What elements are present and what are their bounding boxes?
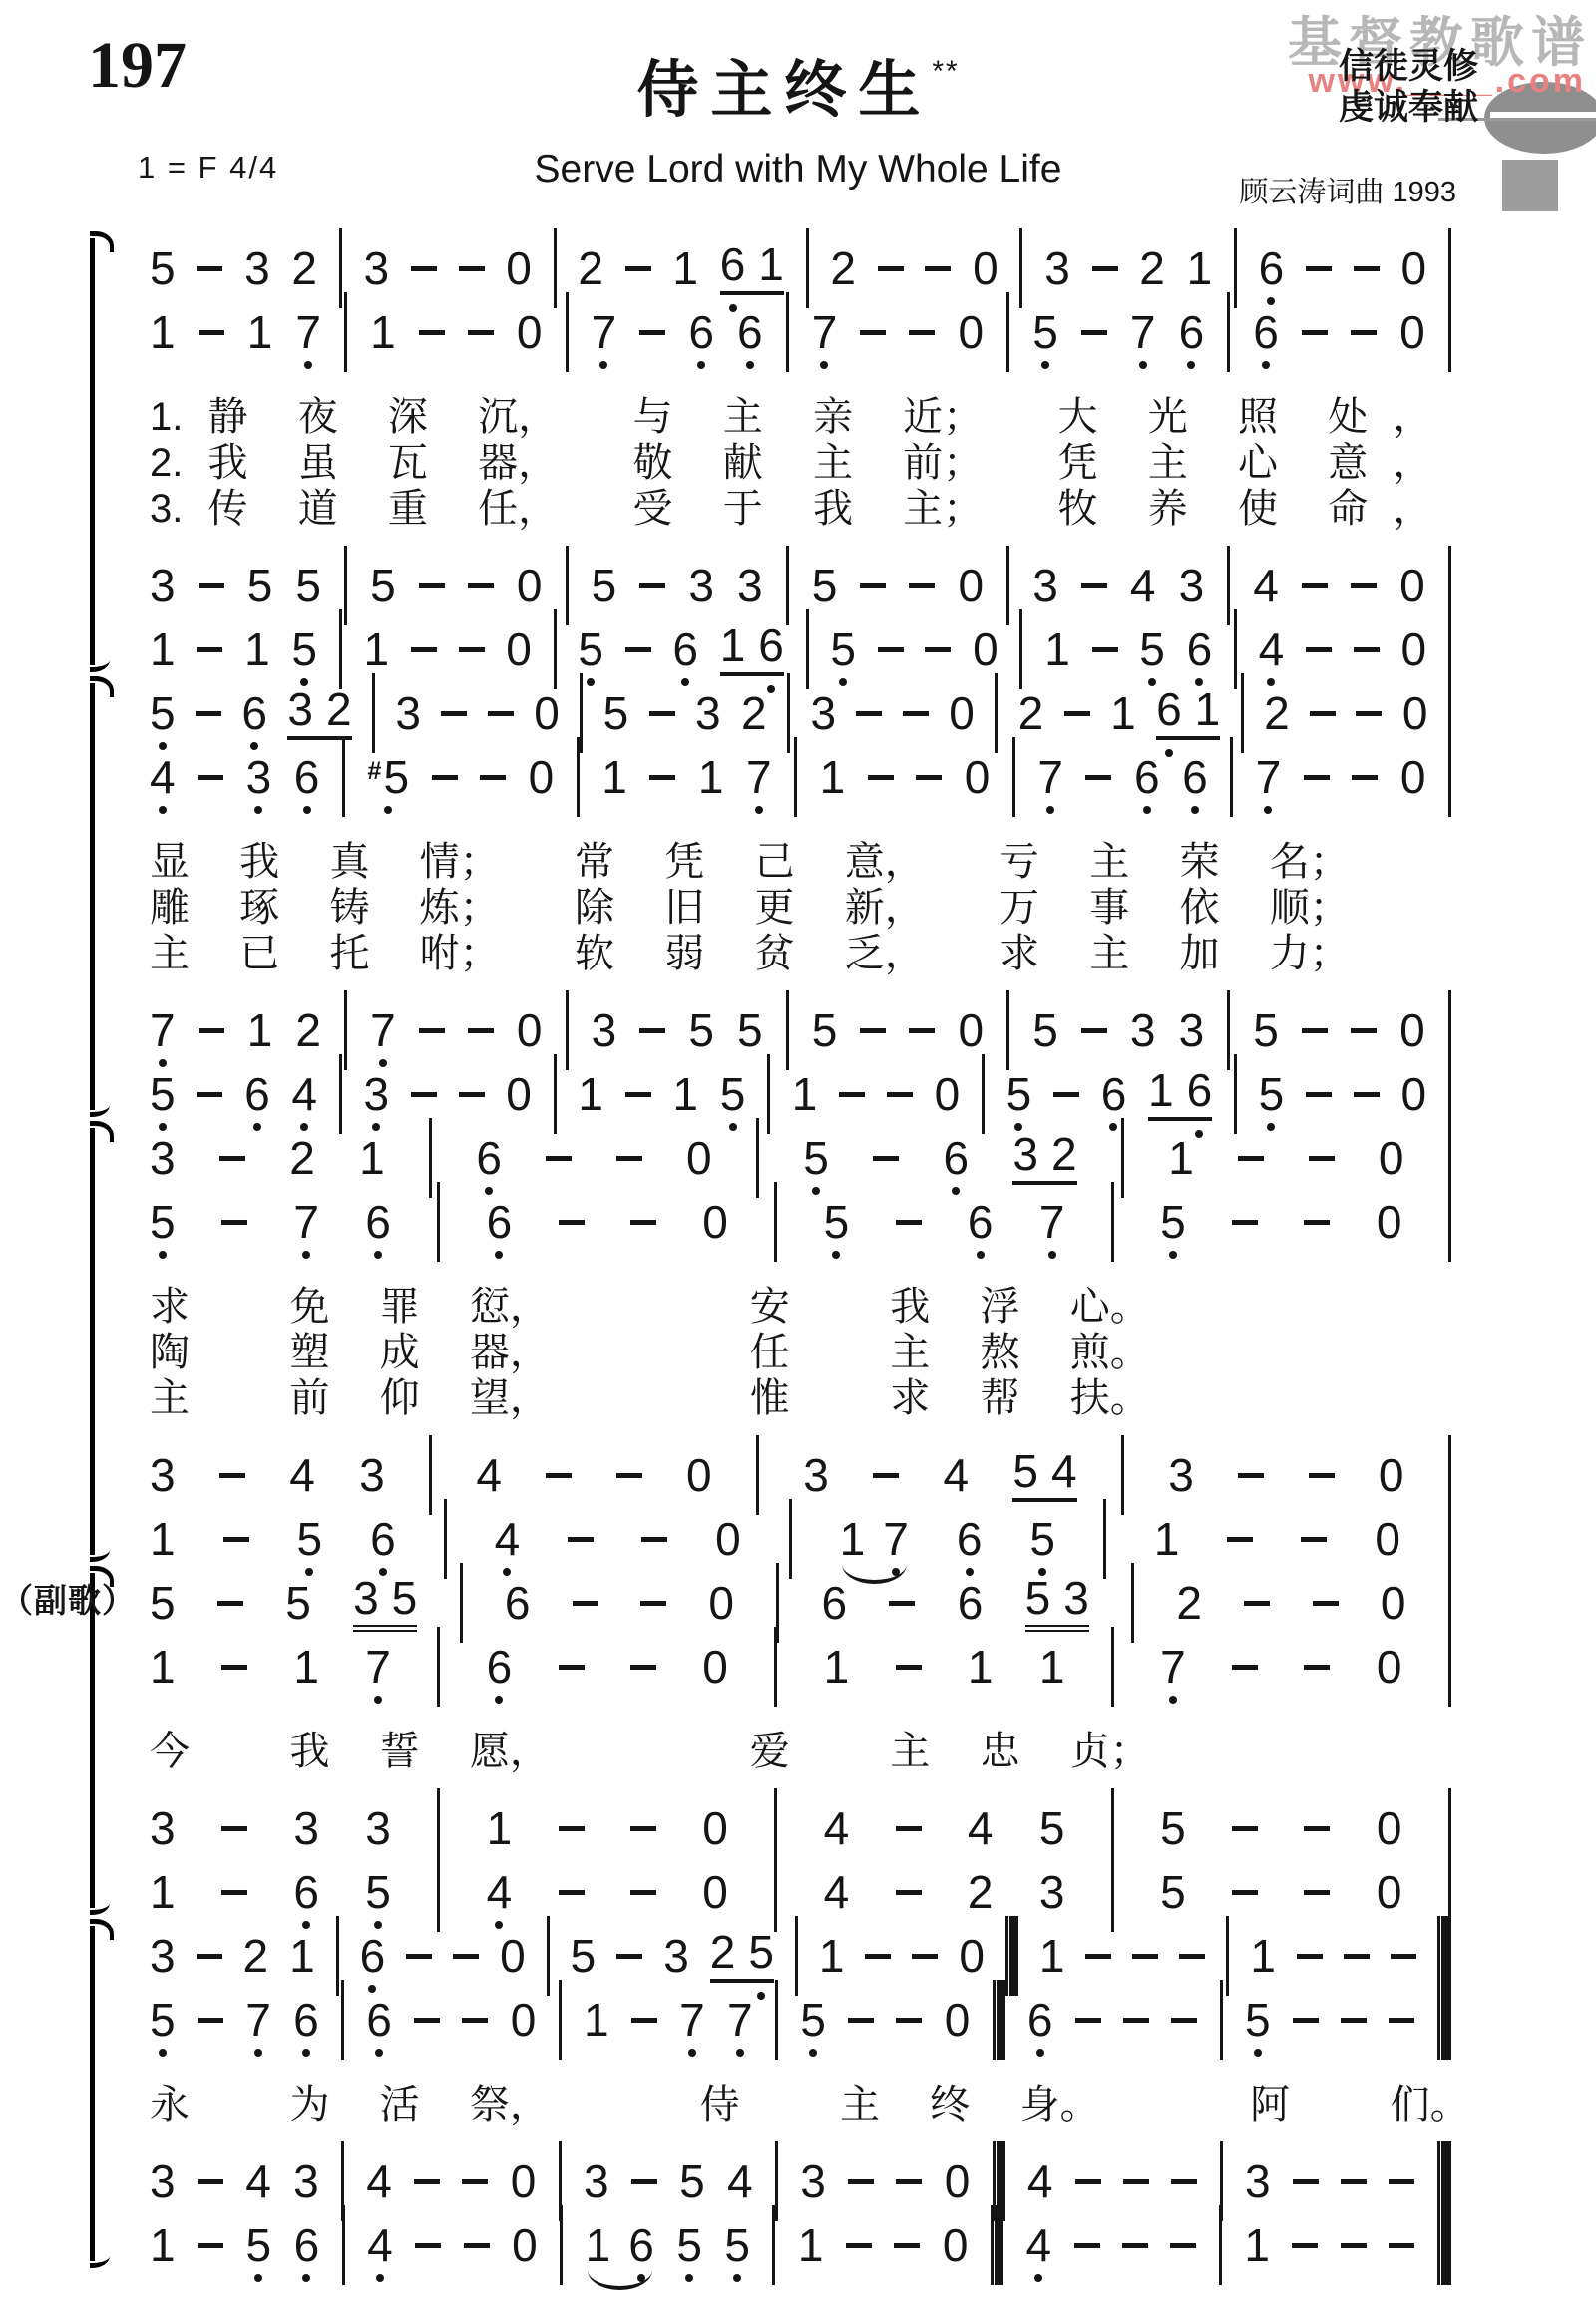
low-octave-dot (599, 361, 607, 369)
barline (774, 1627, 777, 1707)
barline (344, 292, 347, 372)
score-system: 53230216120321601171076670576601. 静 夜 深 … (150, 236, 1451, 681)
note: 6 (1187, 626, 1213, 672)
duration-dash (625, 1092, 651, 1097)
duration-dash (198, 2179, 223, 2184)
duration-dash (1341, 2179, 1367, 2184)
note: 5 (246, 2222, 272, 2268)
duration-dash (1313, 1601, 1339, 1606)
note: 6 (244, 1071, 270, 1117)
barline (566, 292, 569, 372)
note: 0 (1399, 309, 1425, 355)
barline (1006, 990, 1009, 1070)
lyrics-line: 主 已 托 咐； 软 弱 贫 乏， 求 主 加 力； (150, 931, 1451, 976)
duration-dash (414, 2018, 440, 2023)
note: 0 (965, 754, 991, 800)
note: 0 (1402, 690, 1428, 736)
note: 6 (720, 241, 746, 287)
note: 6 (360, 1933, 386, 1979)
note: 7 (150, 1007, 176, 1053)
low-octave-dot (685, 2274, 693, 2282)
low-octave-dot (757, 1992, 765, 2000)
duration-dash (909, 583, 935, 588)
note: 1 (150, 1869, 176, 1915)
notes-line: 3331044550 (150, 1796, 1451, 1860)
note: 6 (241, 690, 267, 736)
notes-line: 1176011170 (150, 1635, 1451, 1699)
barline (786, 990, 789, 1070)
barline (1220, 1980, 1223, 2060)
low-octave-dot (1036, 2049, 1044, 2057)
barline (1019, 228, 1022, 308)
note: 4 (944, 1452, 970, 1498)
notes-line: 15640176510 (150, 1507, 1451, 1571)
note: 1 (824, 1644, 850, 1690)
beam-group: 35 (353, 1575, 417, 1632)
note: 3 (363, 245, 389, 291)
note: 5 (392, 1575, 418, 1621)
barline (1234, 228, 1237, 308)
duration-dash (1179, 1954, 1205, 1959)
note: 7 (245, 1997, 271, 2043)
duration-dash (1356, 711, 1382, 716)
note: 1 (1195, 686, 1221, 732)
note: 6 (370, 1516, 396, 1562)
note: 3 (695, 690, 721, 736)
note: 3 (293, 2158, 319, 2204)
duration-dash (1081, 330, 1107, 335)
note: 6 (1027, 1997, 1053, 2043)
barline (339, 1054, 342, 1134)
note: 5 (1139, 626, 1165, 672)
note: 0 (1379, 1452, 1404, 1498)
duration-dash (199, 330, 224, 335)
beam-group: 54 (1012, 1448, 1076, 1502)
barline (1241, 673, 1244, 753)
duration-dash (573, 1601, 598, 1606)
note: 7 (365, 1644, 391, 1690)
chorus-label: （副歌） (0, 1575, 136, 1622)
note: 0 (1400, 245, 1426, 291)
barline (1448, 1182, 1451, 1262)
duration-dash (1306, 266, 1332, 271)
lyrics-line: 永 为 活 祭， 侍 主 终 身。 阿 们。 (150, 2082, 1451, 2127)
note: 1 (720, 622, 746, 668)
author-credit: 顾云涛词曲 1993 (1239, 170, 1456, 210)
note: 5 (150, 245, 176, 291)
note: 0 (1381, 1580, 1406, 1626)
low-octave-dot (495, 1696, 503, 1704)
barline (1448, 292, 1451, 372)
duration-dash (649, 711, 675, 716)
duration-dash (848, 2179, 874, 2184)
lyrics-line: 2. 我 虽 瓦 器， 敬 献 主 前； 凭 主 心 意 ， (150, 440, 1451, 486)
duration-dash (1232, 1890, 1258, 1895)
barline (342, 737, 345, 817)
note: 1 (247, 1007, 273, 1053)
duration-dash (221, 1826, 247, 1831)
note: 5 (150, 1071, 176, 1117)
barline (577, 737, 580, 817)
note: 6 (294, 2222, 320, 2268)
note: 6 (1259, 245, 1285, 291)
note: 3 (1179, 1007, 1205, 1053)
duration-dash (1092, 266, 1118, 271)
low-octave-dot (697, 361, 705, 369)
duration-dash (197, 647, 222, 652)
note: 6 (293, 1997, 319, 2043)
note: 3 (1039, 1869, 1065, 1915)
low-octave-dot (1048, 1251, 1056, 1259)
system-brace (90, 683, 113, 1110)
note: 0 (1400, 754, 1426, 800)
duration-dash (1391, 1954, 1416, 1959)
note: 5 (724, 2222, 750, 2268)
note: 5 (824, 1199, 850, 1245)
duration-dash (878, 266, 904, 271)
note: 3 (150, 2158, 176, 2204)
duration-dash (462, 2018, 488, 2023)
note: 6 (366, 1997, 392, 2043)
duration-dash (894, 2243, 920, 2248)
note: 4 (487, 1869, 513, 1915)
notes-line: 5323021612032160 (150, 236, 1451, 300)
note: 1 (792, 1071, 818, 1117)
note: 0 (943, 2222, 969, 2268)
duration-dash (406, 1954, 432, 1959)
duration-dash (639, 330, 665, 335)
duration-dash (1171, 2018, 1197, 2023)
hymn-sheet: 基督教歌谱 www.____.com 197 1 = F 4/4 侍主终生** … (0, 0, 1596, 2315)
duration-dash (1309, 1156, 1335, 1161)
duration-dash (1304, 1826, 1330, 1831)
note: 5 (592, 563, 617, 608)
barline (444, 1499, 447, 1579)
duration-dash (1132, 1954, 1158, 1959)
low-octave-dot (1187, 361, 1195, 369)
note: 6 (1187, 1067, 1213, 1113)
note: 5 (1032, 1007, 1058, 1053)
duration-dash (414, 2179, 440, 2184)
low-octave-dot (1041, 361, 1049, 369)
duration-dash (878, 647, 904, 652)
lyrics-line: 1. 静 夜 深 沉， 与 主 亲 近； 大 光 照 处 ， (150, 394, 1451, 440)
note: 0 (1399, 563, 1425, 608)
note: 0 (958, 563, 984, 608)
beam-group: 32 (1012, 1131, 1076, 1185)
note: 0 (517, 563, 543, 608)
note: 0 (958, 309, 984, 355)
note: 1 (601, 754, 627, 800)
low-octave-dot (1254, 2049, 1262, 2057)
duration-dash (896, 1826, 922, 1831)
note: 1 (798, 2222, 824, 2268)
note: 5 (370, 563, 396, 608)
low-octave-dot (1264, 806, 1272, 814)
note: 1 (819, 1933, 845, 1979)
duration-dash (1092, 647, 1118, 652)
barline (756, 1118, 759, 1198)
barline (1111, 1182, 1114, 1262)
low-octave-dot (384, 806, 392, 814)
low-octave-dot (159, 742, 167, 750)
notes-line: 355505335034340 (150, 554, 1451, 617)
barline (1111, 1627, 1114, 1707)
note: 7 (1039, 1199, 1065, 1245)
note: 5 (1025, 1575, 1051, 1621)
duration-dash (1351, 583, 1377, 588)
duration-dash (1306, 1092, 1332, 1097)
note: 1 (584, 1997, 609, 2043)
note: 2 (1264, 690, 1290, 736)
duration-dash (1074, 2243, 1100, 2248)
barline (1219, 2205, 1222, 2285)
duration-dash (625, 647, 651, 652)
duration-dash (1309, 1473, 1335, 1478)
duration-dash (1075, 2179, 1101, 2184)
note: 7 (295, 309, 321, 355)
beam-group: 16 (720, 622, 784, 676)
score-system: 3216053251011576601775065永 为 活 祭， 侍 主 终 … (150, 1924, 1451, 2277)
duration-dash (1389, 2179, 1414, 2184)
note: 0 (1377, 1199, 1402, 1245)
note: 0 (702, 1805, 728, 1851)
duration-dash (459, 266, 485, 271)
note: 0 (702, 1199, 728, 1245)
hymn-title-text: 侍主终生 (636, 56, 932, 125)
barline (560, 2205, 563, 2285)
note: 2 (1018, 690, 1044, 736)
low-octave-dot (746, 361, 754, 369)
duration-dash (432, 775, 458, 780)
note: 5 (150, 1199, 176, 1245)
note: 3 (244, 245, 270, 291)
note: 4 (291, 1071, 317, 1117)
note: 7 (293, 1199, 319, 1245)
duration-dash (1238, 1156, 1264, 1161)
note: 4 (150, 754, 176, 800)
note: 1 (840, 1516, 866, 1562)
note: 1 (758, 241, 784, 287)
duration-dash (1344, 1954, 1370, 1959)
note: 0 (702, 1644, 728, 1690)
note: 0 (1399, 1007, 1425, 1053)
duration-dash (197, 1954, 222, 1959)
duration-dash (925, 647, 951, 652)
barline (1006, 292, 1009, 372)
note: 5 (150, 1580, 176, 1626)
note: 0 (1377, 1644, 1402, 1690)
slur-group: 16 (586, 2222, 654, 2268)
note: 5 (1006, 1071, 1032, 1117)
barline (1111, 1852, 1114, 1932)
duration-dash (860, 1028, 886, 1033)
note: 5 (1253, 1007, 1279, 1053)
beam-group: 25 (710, 1929, 774, 1983)
duration-dash (860, 330, 886, 335)
double-barline (991, 2205, 1003, 2285)
note: 5 (365, 1869, 391, 1915)
note: 1 (363, 626, 389, 672)
note: 4 (727, 2158, 753, 2204)
note: 7 (727, 1997, 753, 2043)
barline (554, 228, 557, 308)
score-system: 56323053230216120436#501171076670显 我 真 情… (150, 681, 1451, 1126)
barline (772, 2205, 775, 2285)
note: 0 (1377, 1869, 1402, 1915)
low-octave-dot (379, 1059, 387, 1067)
note: 3 (800, 2158, 826, 2204)
duration-dash (1171, 2179, 1197, 2184)
duration-dash (568, 1537, 594, 1542)
duration-dash (848, 2018, 874, 2023)
note: 2 (710, 1929, 736, 1975)
duration-dash (630, 1826, 656, 1831)
barline (437, 1182, 440, 1262)
duration-dash (464, 2243, 490, 2248)
note: 1 (1154, 1516, 1180, 1562)
low-octave-dot (495, 1251, 503, 1259)
note: 2 (968, 1869, 994, 1915)
barline (995, 673, 997, 753)
note: 6 (628, 2222, 654, 2268)
lyrics-line: 求 免 罪 愆， 安 我 浮 心。 (150, 1284, 1451, 1330)
note: 3 (1012, 1131, 1038, 1177)
barline (580, 673, 583, 753)
duration-dash (198, 2018, 223, 2023)
note: 2 (291, 245, 317, 291)
note: 7 (370, 1007, 396, 1053)
note: 0 (506, 245, 532, 291)
note: 6 (1182, 754, 1208, 800)
note: 4 (495, 1516, 521, 1562)
duration-dash (415, 2243, 441, 2248)
duration-dash (1123, 2018, 1149, 2023)
duration-dash (1122, 2243, 1148, 2248)
note: 6 (688, 309, 714, 355)
barline (774, 1852, 777, 1932)
duration-dash (559, 1665, 585, 1670)
note: 2 (578, 245, 603, 291)
system-brace (90, 238, 113, 665)
duration-dash (909, 330, 935, 335)
duration-dash (221, 1890, 247, 1895)
barline (554, 609, 557, 689)
note: 5 (571, 1933, 597, 1979)
barline (1131, 1563, 1134, 1643)
note: 0 (534, 690, 560, 736)
duration-dash (1302, 1028, 1328, 1033)
duration-dash (1304, 1890, 1330, 1895)
note: 5 (295, 563, 321, 608)
note: 5 (812, 1007, 838, 1053)
duration-dash (1341, 2243, 1367, 2248)
note: 4 (245, 2158, 271, 2204)
note: 4 (968, 1805, 994, 1851)
note: 6 (957, 1516, 983, 1562)
duration-dash (1293, 2018, 1319, 2023)
duration-dash (1389, 2018, 1414, 2023)
duration-dash (630, 1890, 656, 1895)
note: 3 (365, 1805, 391, 1851)
duration-dash (1310, 711, 1336, 716)
note: 3 (1168, 1452, 1194, 1498)
note: 4 (1025, 2222, 1051, 2268)
note: 7 (592, 309, 617, 355)
note: 3 (287, 686, 313, 732)
note: 4 (1051, 1448, 1077, 1494)
duration-dash (1085, 1954, 1111, 1959)
duration-dash (559, 1220, 585, 1225)
note: 0 (1400, 1071, 1426, 1117)
category-line-1: 信徒灵修 (1339, 46, 1478, 87)
duration-dash (1351, 330, 1377, 335)
note: 0 (958, 1007, 984, 1053)
low-octave-dot (159, 2049, 167, 2057)
note: 4 (476, 1452, 502, 1498)
note: 3 (1044, 245, 1070, 291)
note: 5 (285, 1580, 311, 1626)
duration-dash (1354, 1092, 1380, 1097)
note: 3 (353, 1575, 379, 1621)
note: 3 (1063, 1575, 1089, 1621)
barline (437, 1852, 440, 1932)
score-body: 53230216120321601171076670576601. 静 夜 深 … (0, 236, 1596, 2277)
duration-dash (419, 1028, 445, 1033)
duration-dash (459, 647, 485, 652)
note: 5 (1259, 1071, 1285, 1117)
note: 5 (1029, 1516, 1055, 1562)
note: 3 (688, 563, 714, 608)
note: 0 (1400, 626, 1426, 672)
note: 0 (686, 1452, 712, 1498)
barline (566, 990, 569, 1070)
duration-dash (1293, 2179, 1319, 2184)
barline (344, 546, 347, 625)
note: 5 (1160, 1869, 1186, 1915)
note: #5 (367, 754, 409, 800)
low-octave-dot (755, 806, 763, 814)
double-barline (1005, 1916, 1018, 1996)
note: 0 (517, 1007, 543, 1053)
duration-dash (916, 775, 942, 780)
spacer (150, 2127, 1451, 2149)
duration-dash (631, 2018, 657, 2023)
note: 4 (1130, 563, 1156, 608)
low-octave-dot (485, 1187, 493, 1195)
duration-dash (419, 583, 445, 588)
note: 6 (1253, 309, 1279, 355)
barline (795, 1916, 798, 1996)
note: 5 (247, 563, 273, 608)
low-octave-dot (159, 806, 167, 814)
note: 4 (824, 1805, 850, 1851)
sharp-accidental: # (367, 757, 381, 785)
barline (1227, 546, 1230, 625)
duration-dash (616, 1156, 642, 1161)
duration-dash (903, 711, 929, 716)
note: 6 (487, 1644, 513, 1690)
duration-dash (865, 1954, 891, 1959)
barline (789, 1499, 792, 1579)
final-barline (1437, 1980, 1451, 2060)
barline (1121, 1118, 1124, 1198)
duration-dash (925, 266, 951, 271)
low-octave-dot (304, 361, 312, 369)
duration-dash (468, 330, 494, 335)
note: 7 (1037, 754, 1063, 800)
duration-dash (453, 1954, 479, 1959)
